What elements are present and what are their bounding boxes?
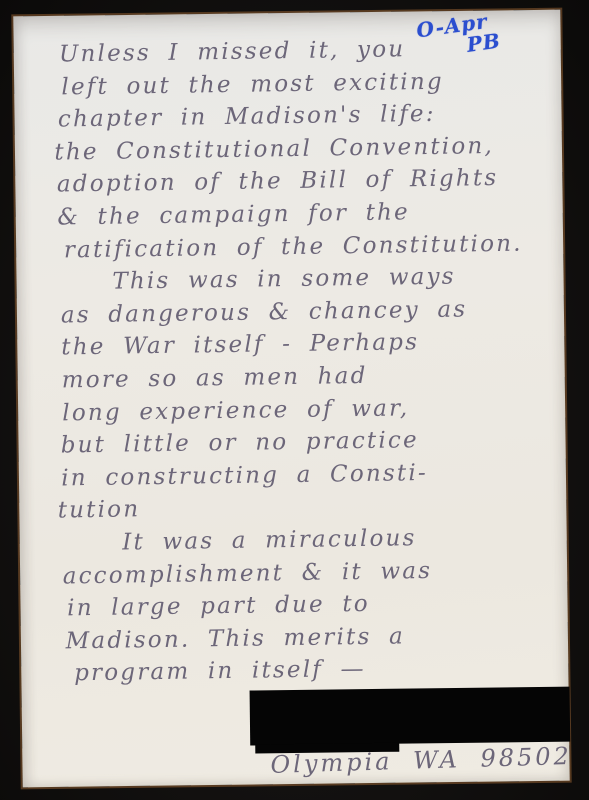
handwritten-line: program in itself — <box>74 650 553 690</box>
letter-body-text: Unless I missed it, you left out the mos… <box>51 31 554 690</box>
scan-background: { "annotation": { "line1": "O-Apr", "lin… <box>0 0 589 800</box>
letter-page: O-Apr PB Unless I missed it, you left ou… <box>13 10 569 788</box>
redaction-box <box>250 687 571 746</box>
